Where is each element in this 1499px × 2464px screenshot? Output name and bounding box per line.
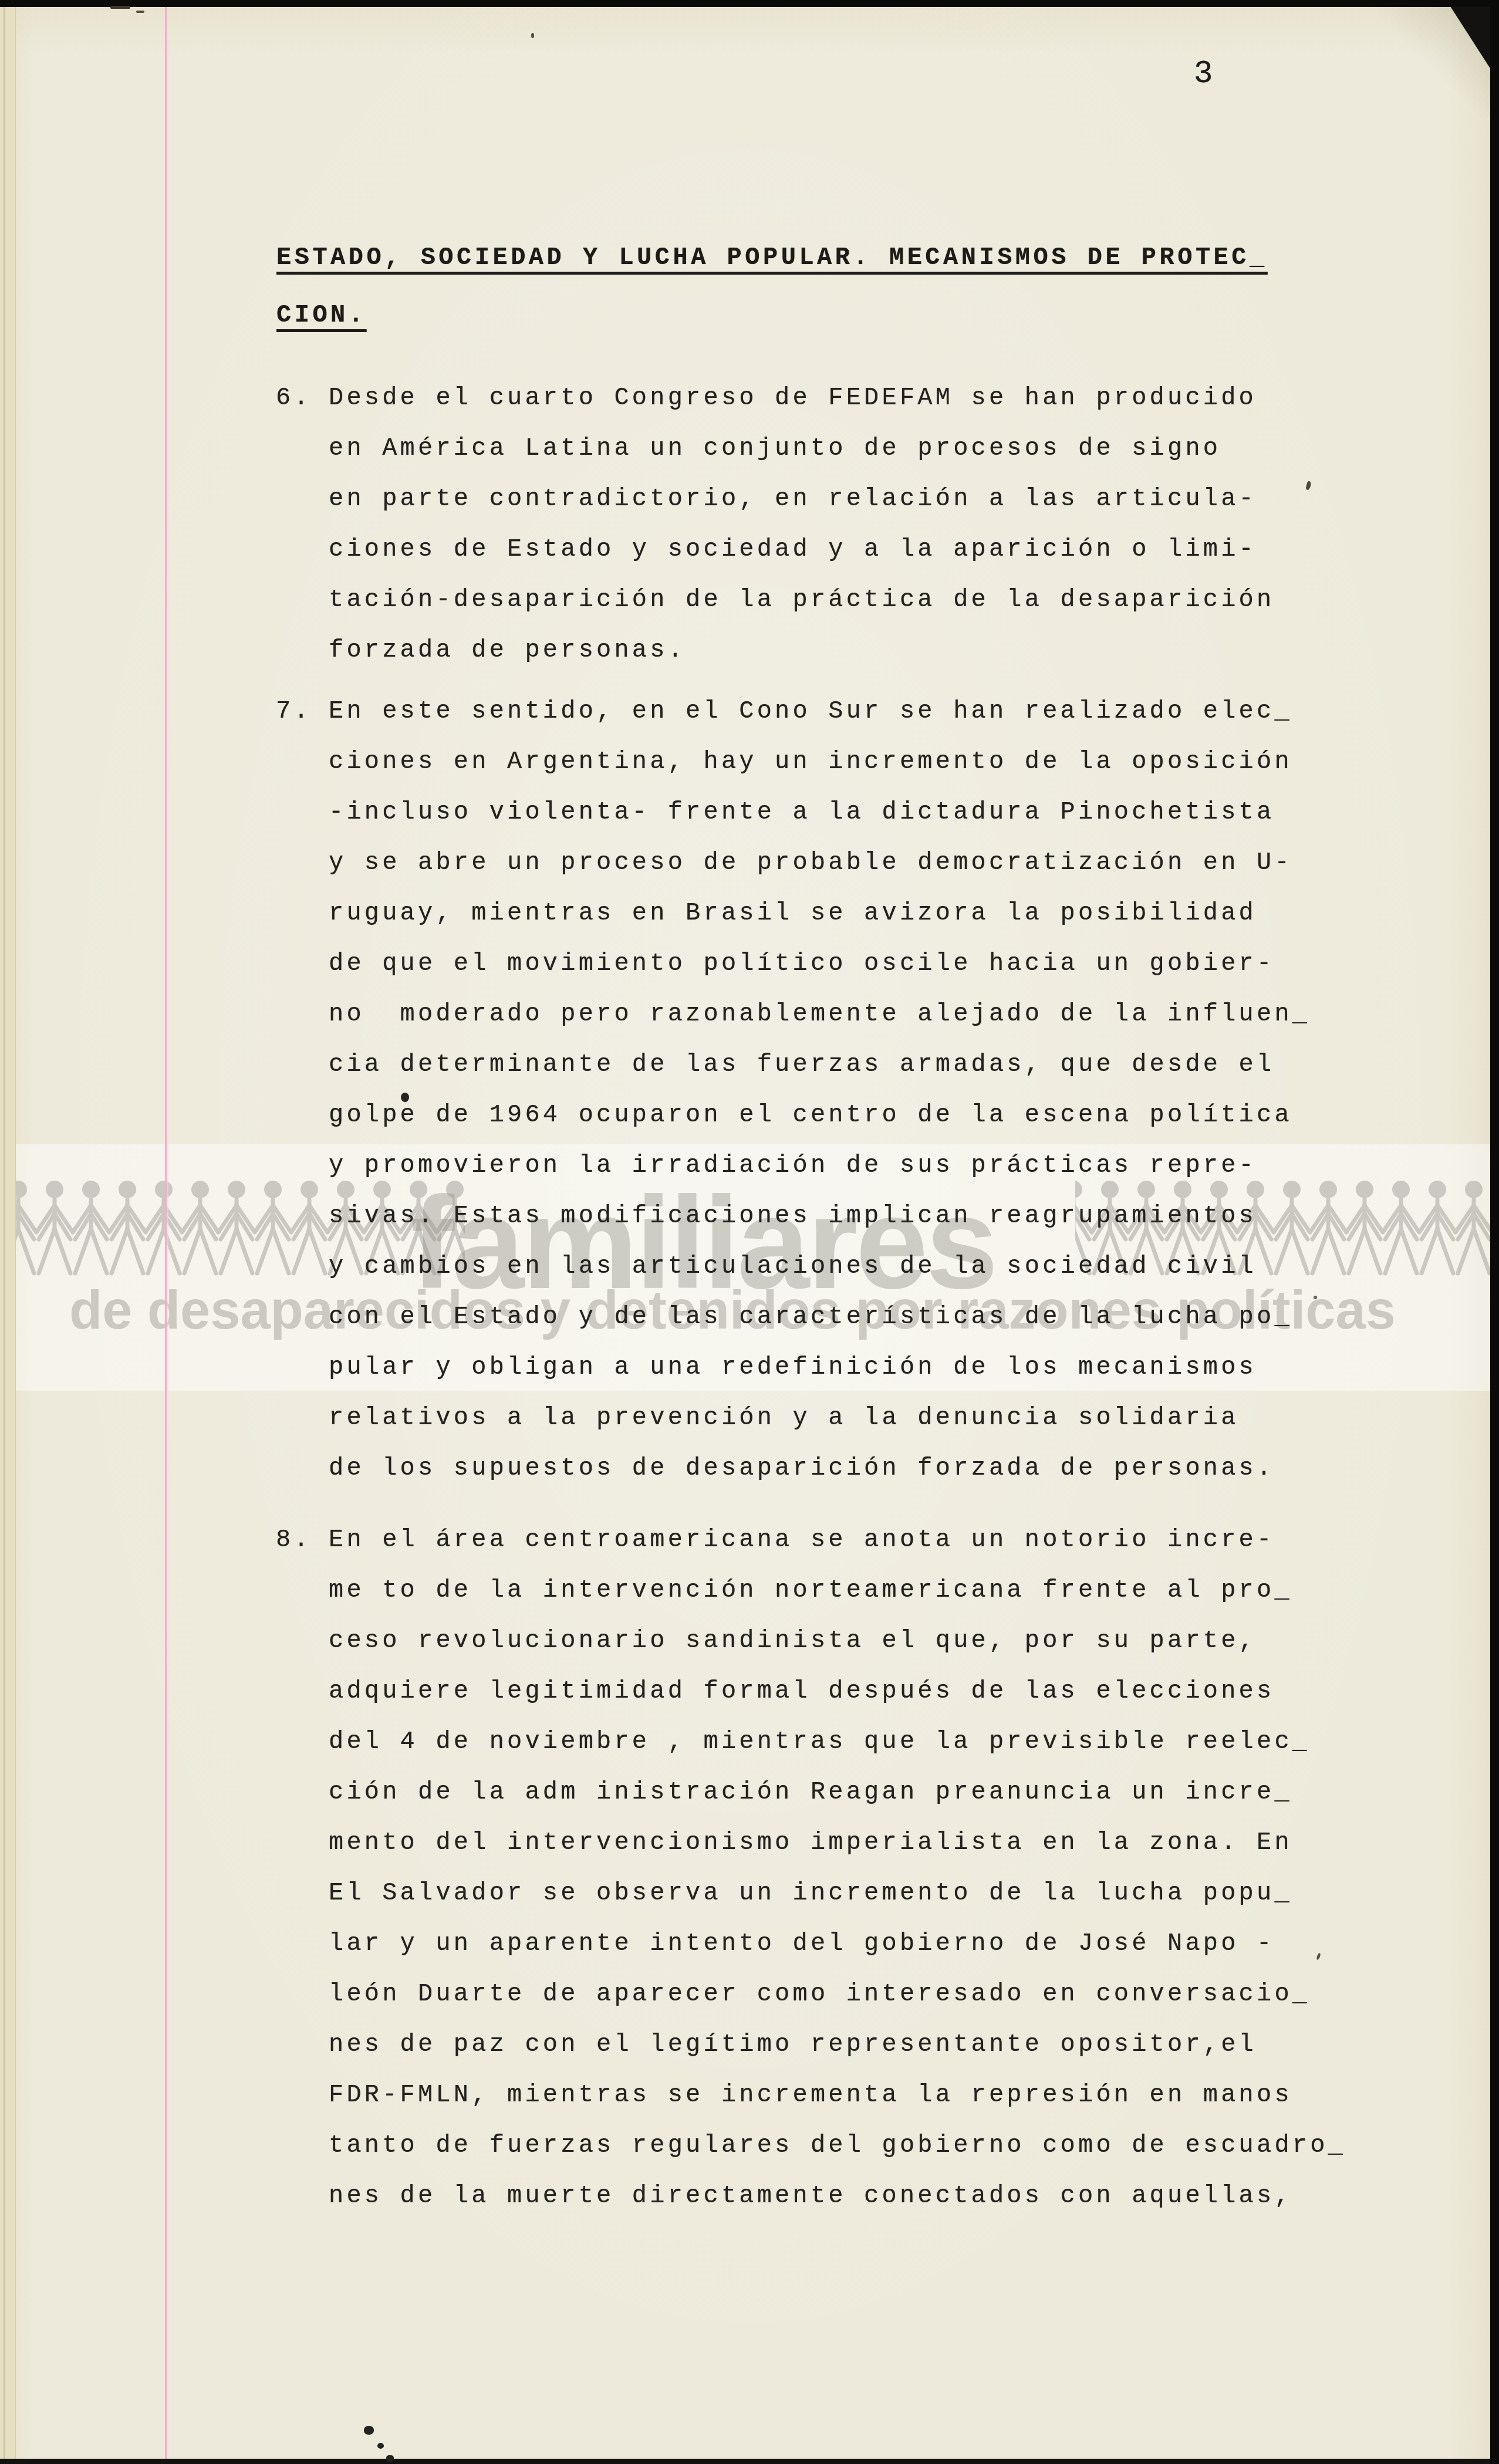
text-line: nes de la muerte directamente conectados… (329, 2171, 1368, 2221)
text-line: sivas. Estas modificaciones implican rea… (329, 1191, 1368, 1241)
text-line: forzada de personas. (329, 625, 1368, 675)
text-line: del 4 de noviembre , mientras que la pre… (329, 1716, 1368, 1767)
text-line: Desde el cuarto Congreso de FEDEFAM se h… (329, 373, 1368, 423)
text-line: -incluso violenta- frente a la dictadura… (329, 787, 1368, 837)
scan-edge-right (1490, 0, 1499, 2464)
text-line: FDR-FMLN, mientras se incrementa la repr… (329, 2070, 1368, 2120)
text-line: lar y un aparente intento del gobierno d… (329, 1918, 1368, 1969)
text-line: En el área centroamericana se anota un n… (329, 1515, 1368, 1565)
document-title-line1: ESTADO, SOCIEDAD Y LUCHA POPULAR. MECANI… (276, 229, 1333, 286)
ink-blot (531, 33, 534, 38)
paragraph-8: 8.En el área centroamericana se anota un… (276, 1515, 1368, 2221)
text-line: mento del intervencionismo imperialista … (329, 1817, 1368, 1868)
text-line: tanto de fuerzas regulares del gobierno … (329, 2120, 1368, 2171)
paragraph-list: 6.Desde el cuarto Congreso de FEDEFAM se… (276, 373, 1368, 2221)
paragraph-lines: Desde el cuarto Congreso de FEDEFAM se h… (329, 373, 1368, 675)
text-line: ciones de Estado y sociedad y a la apari… (329, 524, 1368, 574)
ink-blot (377, 2443, 384, 2449)
text-line: me to de la intervención norteamericana … (329, 1565, 1368, 1615)
page-left-edge-shadow (4, 0, 5, 2464)
ink-blot (136, 11, 144, 13)
text-line: nes de paz con el legítimo representante… (329, 2019, 1368, 2070)
scan-edge-bottom (0, 2459, 1499, 2464)
text-line: ción de la adm inistración Reagan preanu… (329, 1767, 1368, 1817)
paragraph-lines: En el área centroamericana se anota un n… (329, 1515, 1368, 2221)
scanned-document-page: familiares de desaparecidos y detenidos … (0, 0, 1499, 2464)
text-line: ceso revolucionario sandinista el que, p… (329, 1615, 1368, 1666)
paragraph-number: 7. (276, 686, 329, 736)
text-line: y cambios en las articulaciones de la so… (329, 1241, 1368, 1292)
text-line: ciones en Argentina, hay un incremento d… (329, 736, 1368, 787)
document-title: ESTADO, SOCIEDAD Y LUCHA POPULAR. MECANI… (276, 229, 1333, 344)
paragraph-number: 8. (276, 1515, 329, 1565)
scan-edge-top (0, 0, 1499, 7)
text-line: En este sentido, en el Cono Sur se han r… (329, 686, 1368, 736)
text-line: y promovieron la irradiación de sus prác… (329, 1140, 1368, 1191)
text-line: adquiere legitimidad formal después de l… (329, 1666, 1368, 1716)
text-line: golpe de 1964 ocuparon el centro de la e… (329, 1090, 1368, 1140)
ink-blot (364, 2426, 374, 2435)
document-title-line2: CION. (276, 286, 1333, 344)
paragraph-6: 6.Desde el cuarto Congreso de FEDEFAM se… (276, 373, 1368, 675)
text-line: con el Estado y de las características d… (329, 1292, 1368, 1342)
text-line: ruguay, mientras en Brasil se avizora la… (329, 888, 1368, 938)
paragraph-7: 7.En este sentido, en el Cono Sur se han… (276, 686, 1368, 1493)
text-line: relativos a la prevención y a la denunci… (329, 1392, 1368, 1443)
text-line: en América Latina un conjunto de proceso… (329, 423, 1368, 474)
paragraph-number: 6. (276, 373, 329, 423)
text-line: y se abre un proceso de probable democra… (329, 837, 1368, 888)
page-number: 3 (1194, 56, 1213, 92)
text-line: de que el movimiento político oscile hac… (329, 938, 1368, 989)
text-line: de los supuestos de desaparición forzada… (329, 1443, 1368, 1493)
text-line: pular y obligan a una redefinición de lo… (329, 1342, 1368, 1392)
text-line: tación-desaparición de la práctica de la… (329, 574, 1368, 625)
page-left-edge (0, 0, 16, 2464)
text-line: no moderado pero razonablemente alejado … (329, 989, 1368, 1039)
text-line: león Duarte de aparecer como interesado … (329, 1969, 1368, 2019)
text-line: cia determinante de las fuerzas armadas,… (329, 1039, 1368, 1090)
paragraph-lines: En este sentido, en el Cono Sur se han r… (329, 686, 1368, 1493)
text-line: en parte contradictorio, en relación a l… (329, 474, 1368, 524)
text-line: El Salvador se observa un incremento de … (329, 1868, 1368, 1918)
